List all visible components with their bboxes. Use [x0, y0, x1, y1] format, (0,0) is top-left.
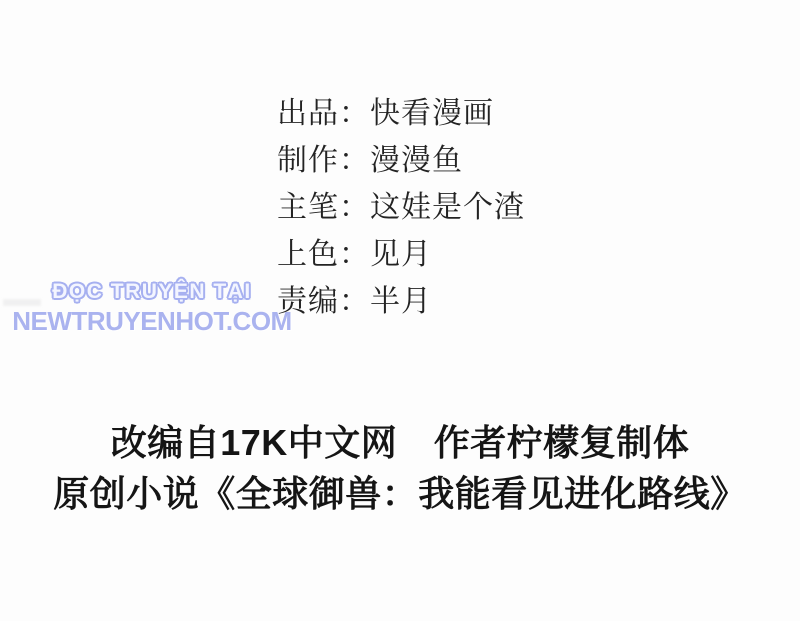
original-novel-title: 原创小说《全球御兽：我能看见进化路线》 — [0, 468, 800, 519]
watermark-site-name: NEWTRUYENHOT.COM — [6, 306, 298, 337]
credits-list: 出品：快看漫画 制作：漫漫鱼 主笔：这娃是个渣 上色：见月 责编：半月 — [277, 90, 525, 325]
credit-line-colorist: 上色：见月 — [277, 231, 525, 278]
site-watermark: ĐỌC TRUYỆN TẠI NEWTRUYENHOT.COM — [6, 280, 298, 337]
credit-line-publisher: 出品：快看漫画 — [277, 90, 525, 137]
credit-line-editor: 责编：半月 — [277, 278, 525, 325]
faint-artifact — [3, 299, 41, 306]
watermark-tagline: ĐỌC TRUYỆN TẠI — [6, 280, 298, 304]
credit-line-production: 制作：漫漫鱼 — [277, 137, 525, 184]
adaptation-note: 改编自17K中文网 作者柠檬复制体 — [0, 417, 800, 468]
source-note: 改编自17K中文网 作者柠檬复制体 原创小说《全球御兽：我能看见进化路线》 — [0, 417, 800, 519]
comic-credits-page: 出品：快看漫画 制作：漫漫鱼 主笔：这娃是个渣 上色：见月 责编：半月 ĐỌC … — [0, 0, 800, 621]
credit-line-lead-artist: 主笔：这娃是个渣 — [277, 184, 525, 231]
